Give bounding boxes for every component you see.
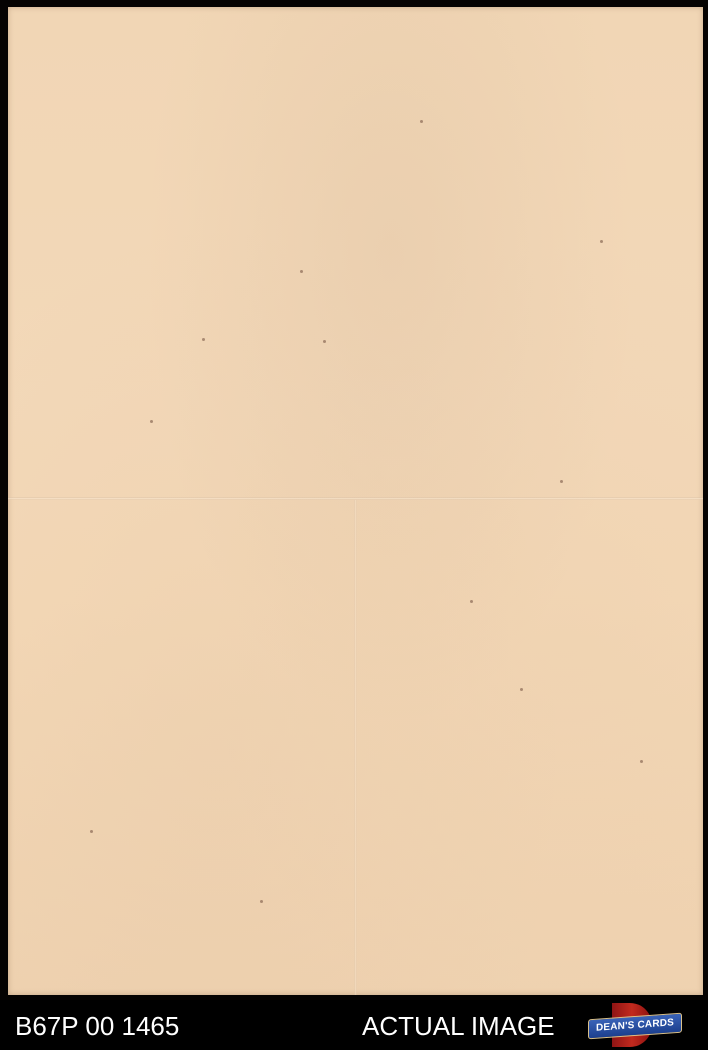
paper-speck xyxy=(520,688,523,691)
paper-speck xyxy=(150,420,153,423)
paper-speck xyxy=(420,120,423,123)
paper-speck xyxy=(640,760,643,763)
paper-speck xyxy=(202,338,205,341)
paper-speck xyxy=(90,830,93,833)
paper-speck xyxy=(300,270,303,273)
logo-banner: DEAN'S CARDS xyxy=(588,1013,682,1040)
card-id: B67P 00 1465 xyxy=(15,1011,179,1042)
deans-cards-logo: DEAN'S CARDS xyxy=(588,1003,680,1047)
paper-speck xyxy=(470,600,473,603)
vertical-fold-line xyxy=(354,500,357,995)
paper-speck xyxy=(323,340,326,343)
actual-image-label: ACTUAL IMAGE xyxy=(362,1011,555,1042)
paper-speck xyxy=(560,480,563,483)
paper-speck xyxy=(260,900,263,903)
paper-speck xyxy=(600,240,603,243)
